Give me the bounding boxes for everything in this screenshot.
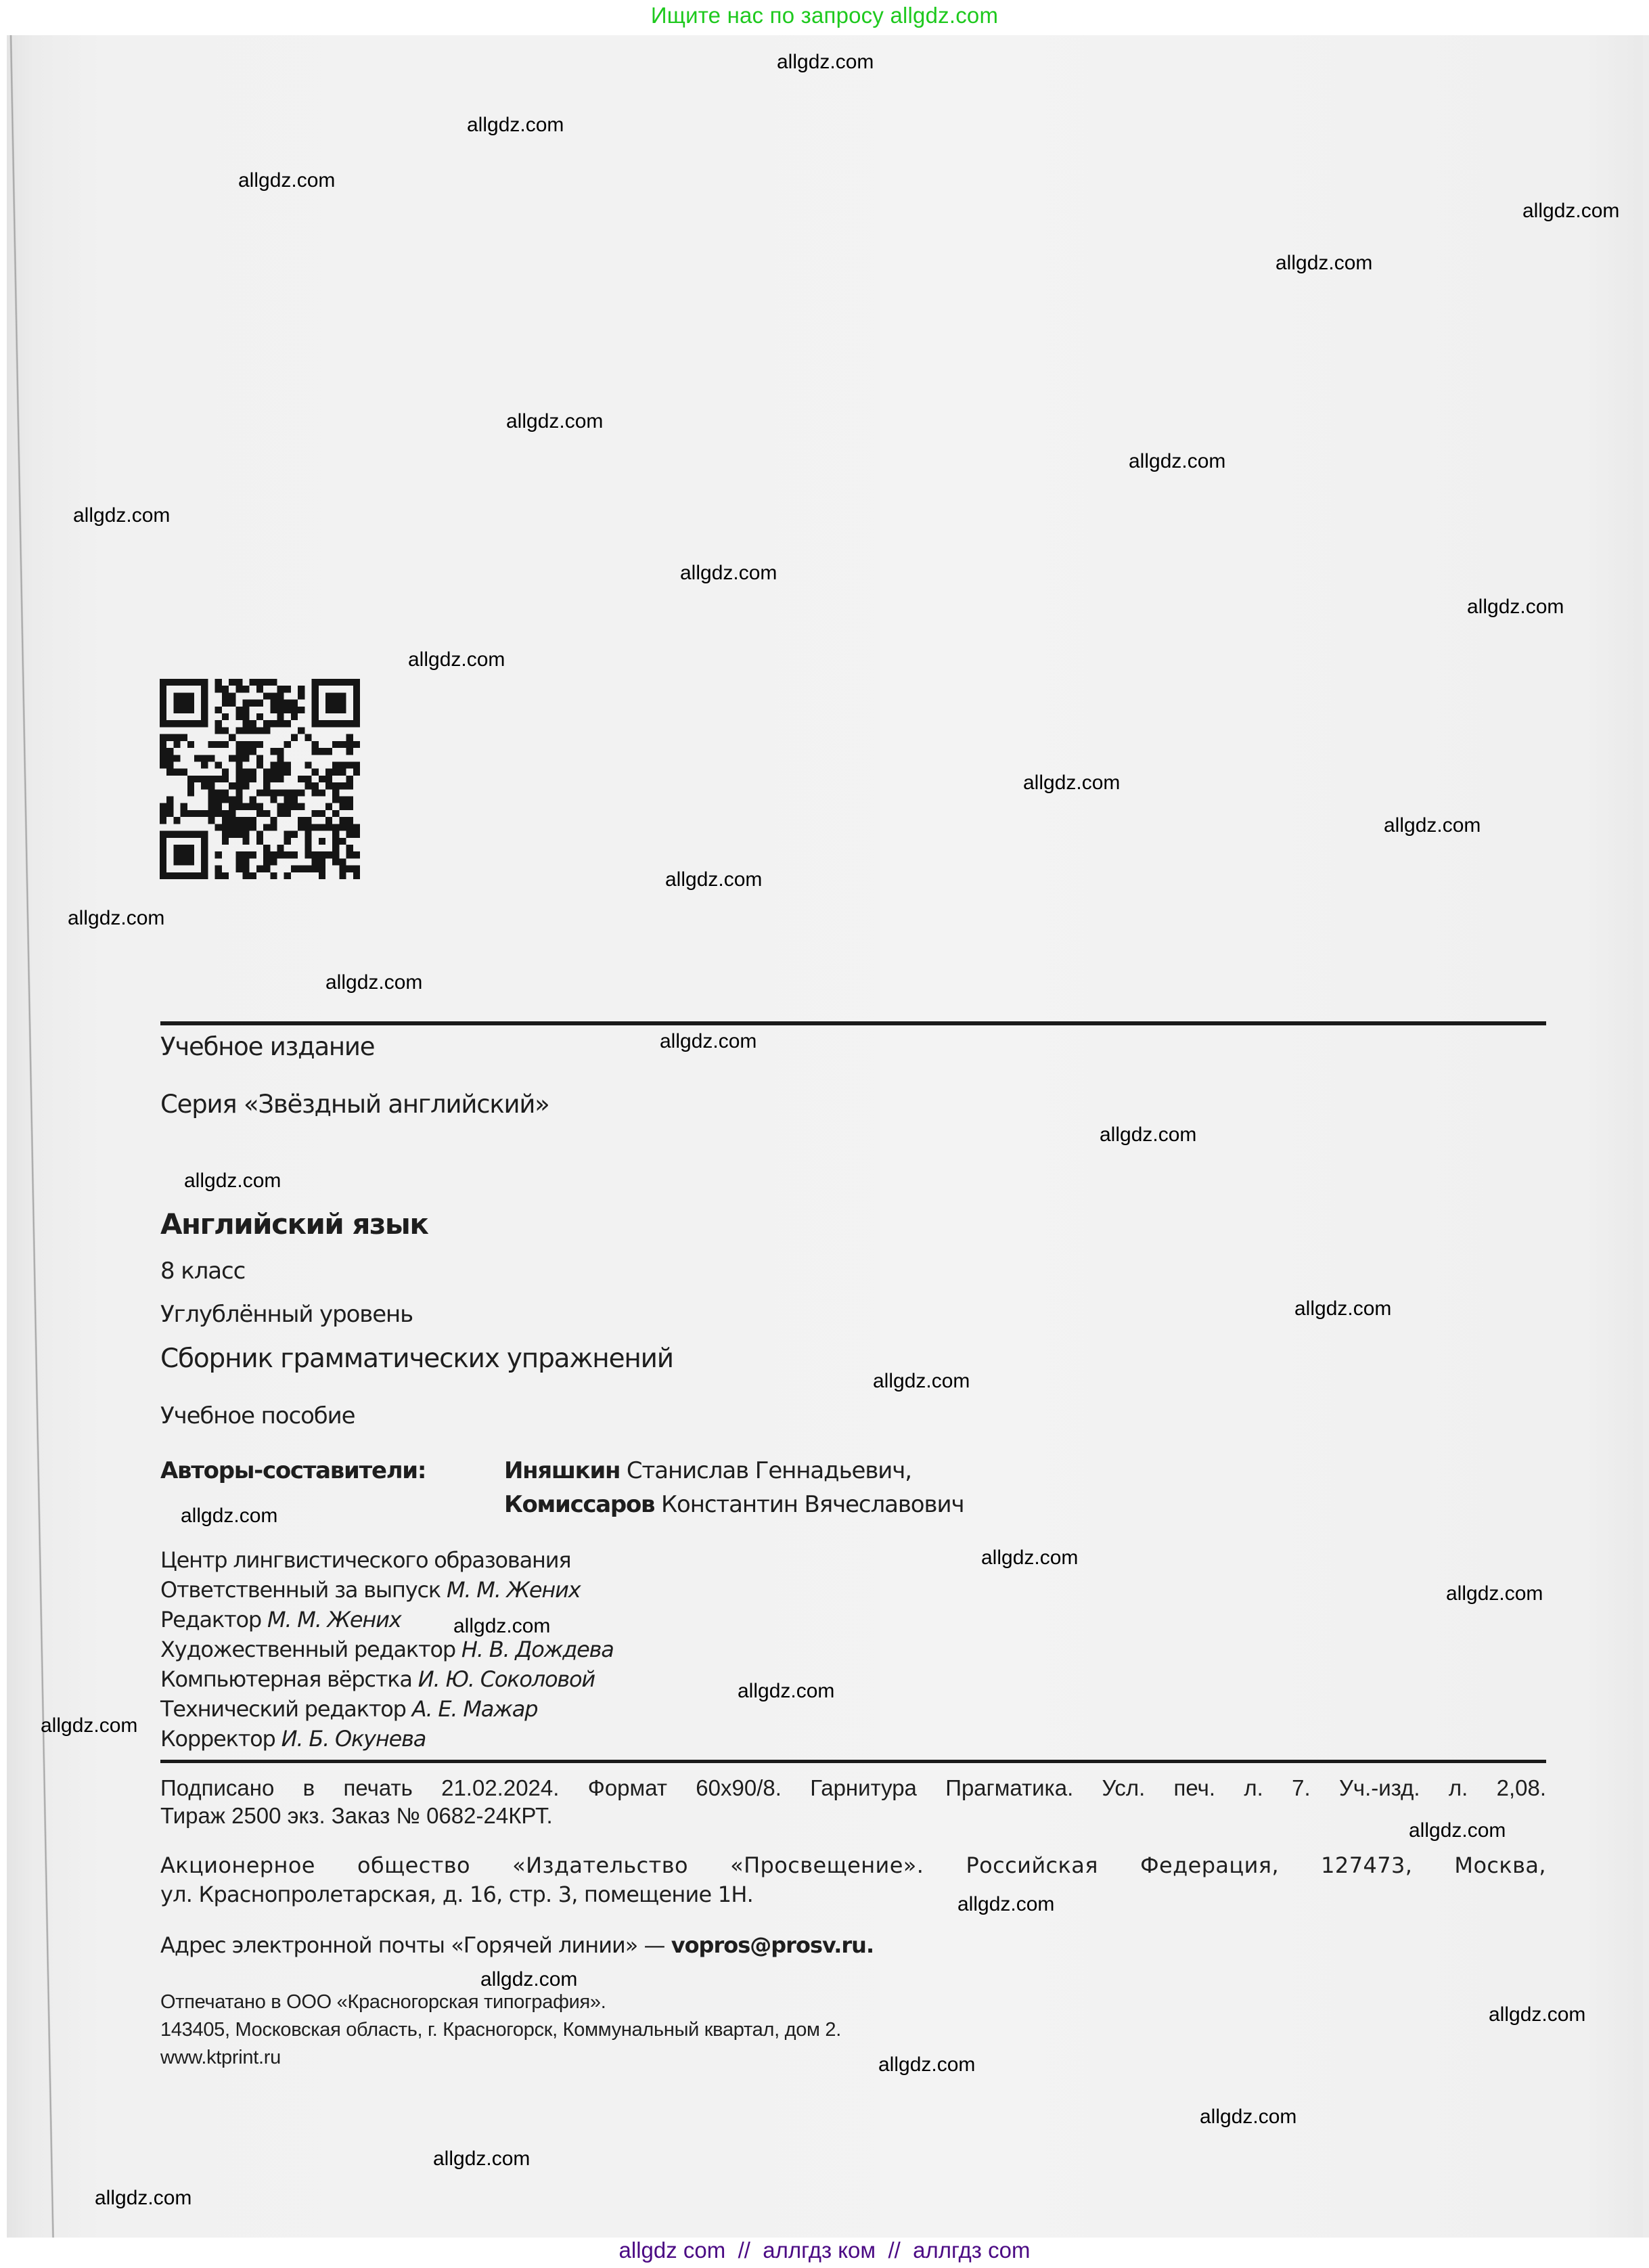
- watermark-text: allgdz.com: [680, 562, 777, 585]
- author-surname: Комиссаров: [504, 1491, 654, 1518]
- level: Углублённый уровень: [160, 1301, 413, 1328]
- watermark-text: allgdz.com: [181, 1505, 277, 1528]
- watermark-text: allgdz.com: [1409, 1819, 1506, 1842]
- footer-link[interactable]: allgdz com: [619, 2238, 726, 2263]
- watermark-text: allgdz.com: [480, 1968, 577, 1991]
- hotline-email-line: Адрес электронной почты «Горячей линии» …: [160, 1932, 874, 1958]
- subject-title: Английский язык: [160, 1207, 428, 1241]
- watermark-text: allgdz.com: [1489, 2003, 1585, 2026]
- page-right-edge: [1643, 35, 1649, 2238]
- printer-line-2: 143405, Московская область, г. Красногор…: [160, 2019, 841, 2041]
- footer-link[interactable]: аллгдз com: [913, 2238, 1030, 2263]
- divider-bottom: [160, 1760, 1546, 1763]
- book-title: Сборник грамматических упражнений: [160, 1343, 673, 1374]
- watermark-text: allgdz.com: [41, 1714, 137, 1737]
- publisher-line-2: ул. Краснопролетарская, д. 16, стр. 3, п…: [160, 1882, 1546, 1907]
- edition-type: Учебное издание: [160, 1032, 374, 1061]
- watermark-text: allgdz.com: [1275, 252, 1372, 275]
- series-title: Серия «Звёздный английский»: [160, 1090, 549, 1119]
- watermark-text: allgdz.com: [1384, 814, 1481, 837]
- watermark-text: allgdz.com: [1023, 772, 1120, 795]
- watermark-text: allgdz.com: [325, 971, 422, 994]
- watermark-text: allgdz.com: [873, 1370, 970, 1393]
- printer-line-1: Отпечатано в ООО «Красногорская типограф…: [160, 1991, 606, 2014]
- watermark-text: allgdz.com: [73, 504, 170, 527]
- print-info-line-2: Тираж 2500 экз. Заказ № 0682-24КРТ.: [160, 1803, 1546, 1829]
- watermark-text: allgdz.com: [184, 1170, 281, 1193]
- watermark-text: allgdz.com: [453, 1615, 550, 1638]
- qr-code-icon[interactable]: [160, 679, 360, 879]
- author-1: Иняшкин Станислав Геннадьевич,: [504, 1457, 911, 1484]
- author-name: Станислав Геннадьевич,: [627, 1457, 911, 1484]
- staff-line: Ответственный за выпуск М. М. Жених: [160, 1575, 614, 1605]
- authors-label: Авторы-составители:: [160, 1457, 426, 1484]
- watermark-text: allgdz.com: [1446, 1582, 1543, 1605]
- staff-list: Центр лингвистического образования Ответ…: [160, 1545, 614, 1754]
- print-info-line-1: Подписано в печать 21.02.2024. Формат 60…: [160, 1775, 1546, 1801]
- link-separator: //: [876, 2238, 913, 2263]
- author-2: Комиссаров Константин Вячеславович: [504, 1491, 964, 1518]
- watermark-text: allgdz.com: [433, 2148, 530, 2171]
- watermark-text: allgdz.com: [1100, 1124, 1196, 1147]
- staff-line: Технический редактор А. Е. Мажар: [160, 1694, 614, 1724]
- watermark-text: allgdz.com: [660, 1030, 756, 1053]
- link-separator: //: [725, 2238, 763, 2263]
- book-type: Учебное пособие: [160, 1402, 355, 1429]
- watermark-text: allgdz.com: [68, 907, 164, 930]
- staff-line: Компьютерная вёрстка И. Ю. Соколовой: [160, 1664, 614, 1694]
- author-name: Константин Вячеславович: [661, 1491, 964, 1518]
- publisher-line-1: Акционерное общество «Издательство «Прос…: [160, 1852, 1546, 1878]
- search-promo-link[interactable]: Ищите нас по запросу allgdz.com: [651, 3, 998, 28]
- staff-line: Художественный редактор Н. В. Дождева: [160, 1635, 614, 1664]
- watermark-text: allgdz.com: [1294, 1297, 1391, 1320]
- watermark-text: allgdz.com: [1200, 2106, 1296, 2129]
- bottom-links-bar: allgdz com // аллгдз ком // аллгдз com: [0, 2238, 1649, 2268]
- author-surname: Иняшкин: [504, 1457, 620, 1484]
- watermark-text: allgdz.com: [408, 648, 505, 671]
- staff-line: Центр лингвистического образования: [160, 1545, 614, 1575]
- footer-link[interactable]: аллгдз ком: [763, 2238, 876, 2263]
- watermark-text: allgdz.com: [665, 868, 762, 891]
- watermark-text: allgdz.com: [238, 169, 335, 192]
- watermark-text: allgdz.com: [1129, 450, 1225, 473]
- watermark-text: allgdz.com: [95, 2187, 191, 2210]
- watermark-text: allgdz.com: [878, 2053, 975, 2076]
- watermark-text: allgdz.com: [1467, 596, 1564, 619]
- staff-line: Корректор И. Б. Окунева: [160, 1724, 614, 1754]
- divider-top: [160, 1021, 1546, 1025]
- grade: 8 класс: [160, 1258, 245, 1285]
- bottom-links: allgdz com // аллгдз ком // аллгдз com: [619, 2238, 1031, 2263]
- watermark-text: allgdz.com: [506, 410, 603, 433]
- watermark-text: allgdz.com: [981, 1547, 1078, 1570]
- printer-website-link[interactable]: www.ktprint.ru: [160, 2047, 281, 2069]
- top-banner: Ищите нас по запросу allgdz.com: [0, 0, 1649, 35]
- watermark-text: allgdz.com: [1522, 200, 1619, 223]
- watermark-text: allgdz.com: [957, 1893, 1054, 1916]
- watermark-text: allgdz.com: [738, 1680, 834, 1703]
- hotline-email-link[interactable]: vopros@prosv.ru.: [671, 1932, 874, 1958]
- watermark-text: allgdz.com: [777, 51, 874, 74]
- watermark-text: allgdz.com: [467, 114, 564, 137]
